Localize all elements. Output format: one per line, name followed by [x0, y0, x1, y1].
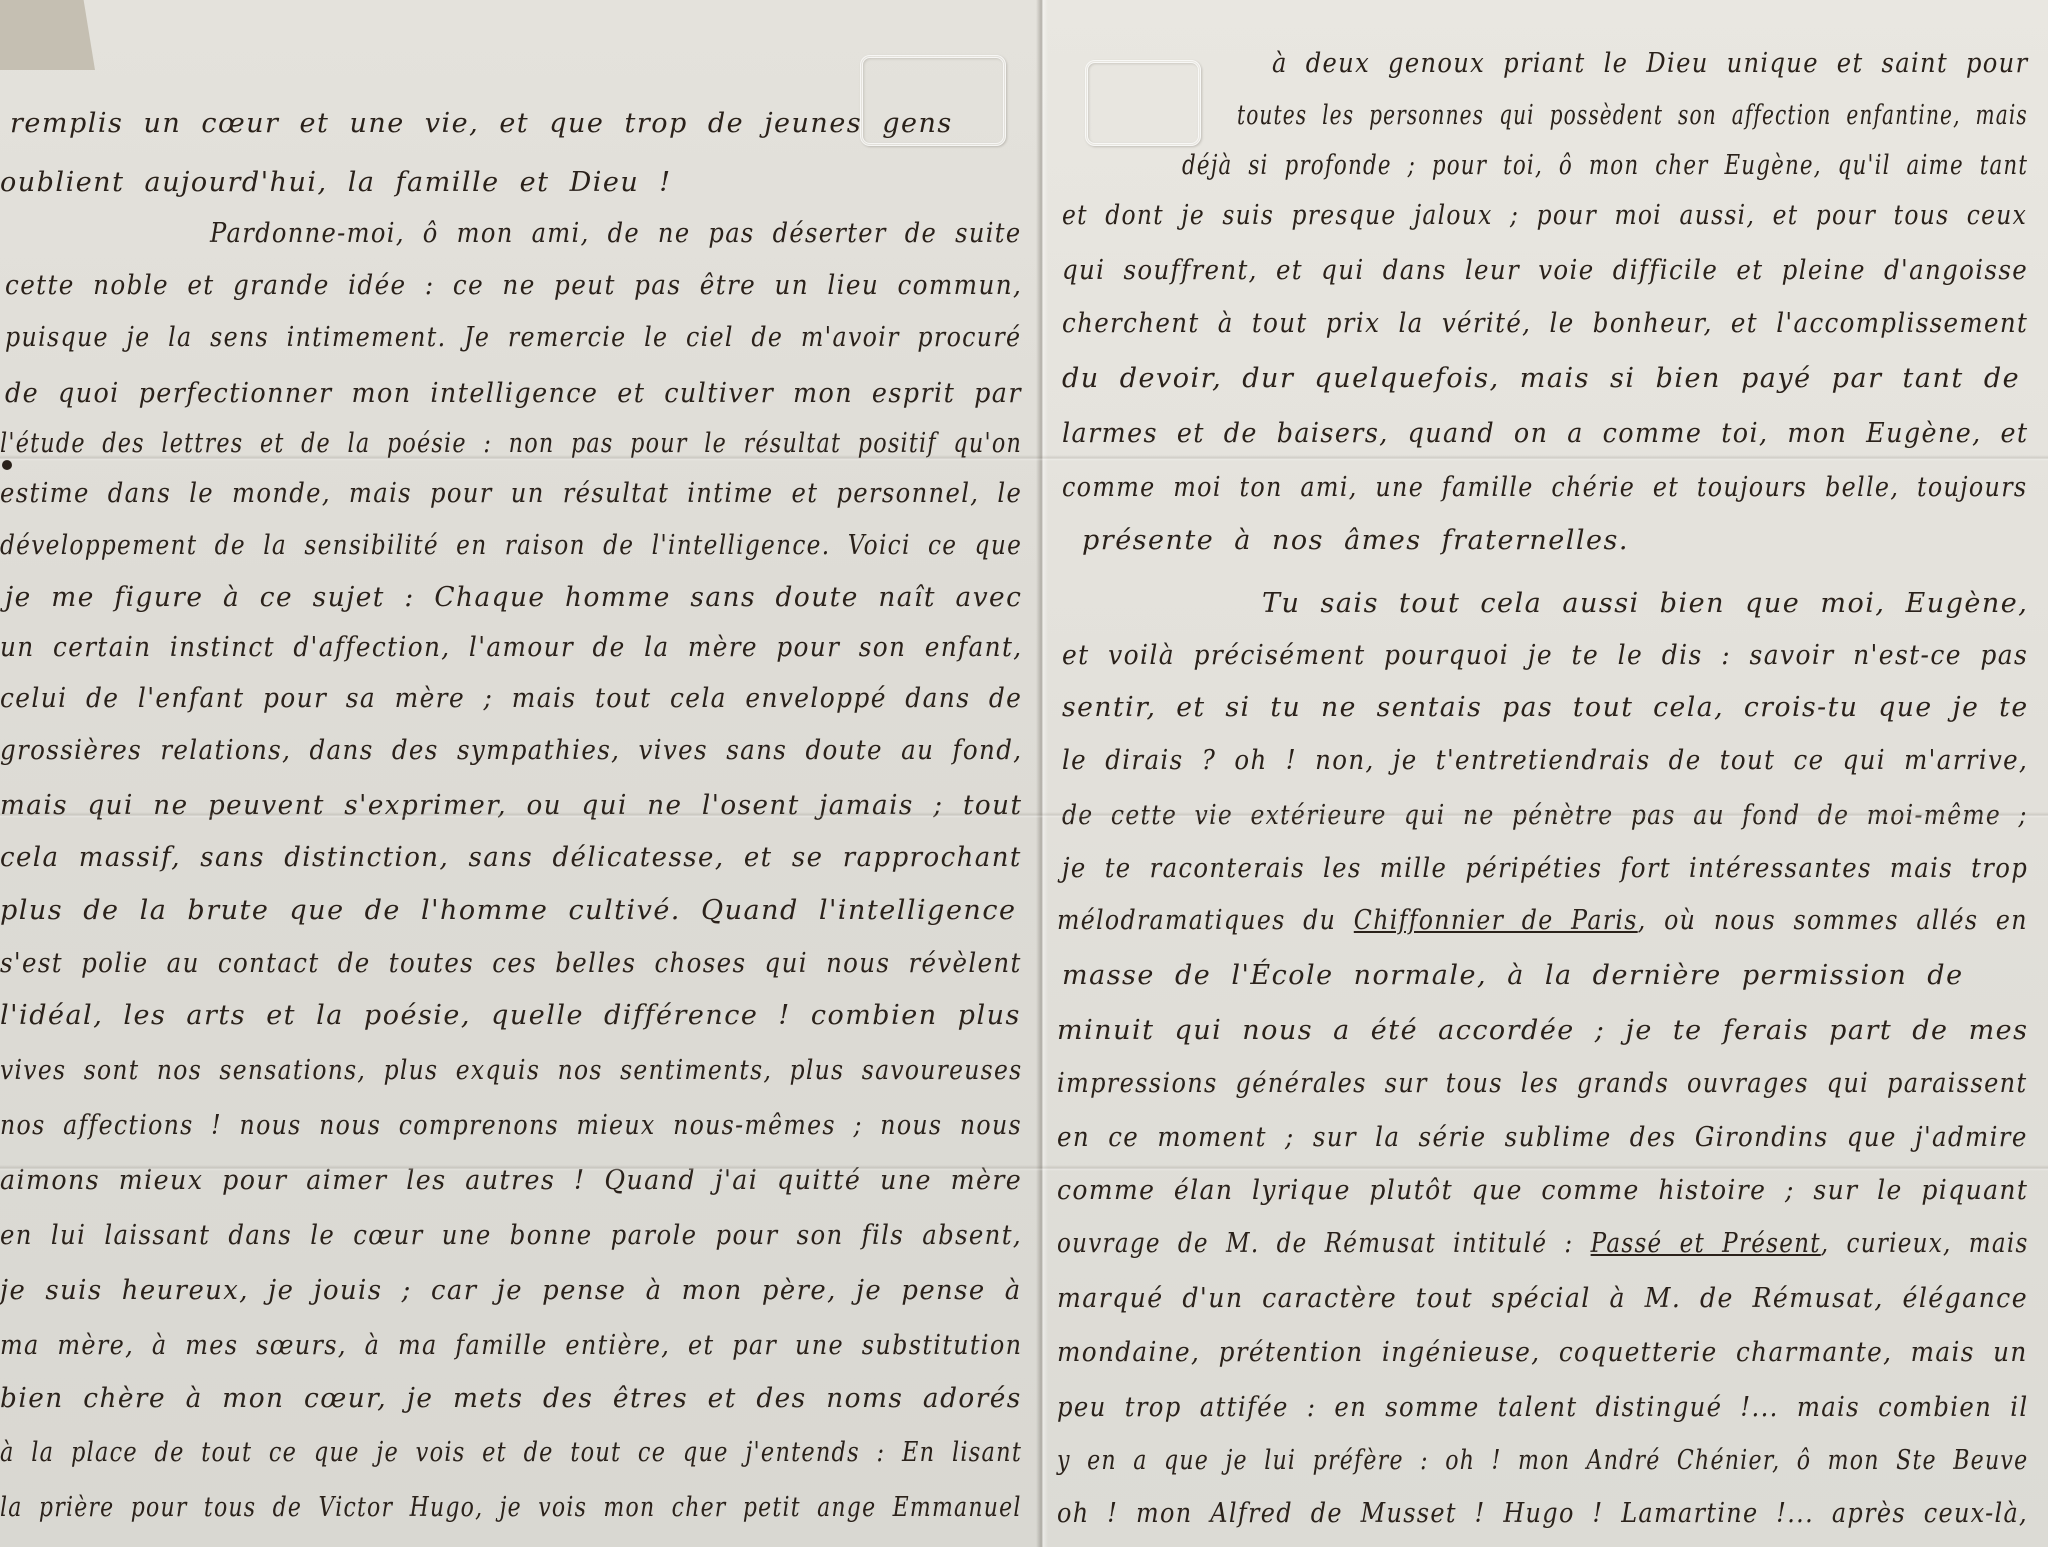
text-line: en lui laissant dans le cœur une bonne p…	[0, 1220, 1022, 1251]
text-line: à deux genoux priant le Dieu unique et s…	[1272, 48, 2028, 79]
text-line: ouvrage de M. de Rémusat intitulé : Pass…	[1057, 1228, 2029, 1259]
text-line: toutes les personnes qui possèdent son a…	[1237, 100, 2028, 131]
right-page: à deux genoux priant le Dieu unique et s…	[1042, 0, 2048, 1547]
paper-crease	[0, 455, 2048, 461]
text-line: mélodramatiques du Chiffonnier de Paris,…	[1057, 905, 2028, 936]
text-line: bien chère à mon cœur, je mets des êtres…	[0, 1383, 1022, 1414]
text-line: Pardonne-moi, ô mon ami, de ne pas déser…	[210, 218, 1021, 249]
text-line: cette noble et grande idée : ce ne peut …	[5, 270, 1022, 301]
text-line: marqué d'un caractère tout spécial à M. …	[1057, 1283, 2028, 1314]
text-line: à la place de tout ce que je vois et de …	[0, 1437, 1022, 1468]
text-line: larmes et de baisers, quand on a comme t…	[1062, 418, 2029, 449]
text-line: présente à nos âmes fraternelles.	[1082, 525, 1629, 556]
text-line: comme élan lyrique plutôt que comme hist…	[1057, 1175, 2028, 1206]
text-line: et voilà précisément pourquoi je te le d…	[1062, 640, 2028, 671]
text-line: un certain instinct d'affection, l'amour…	[0, 632, 1023, 663]
left-page: remplis un cœur et une vie, et que trop …	[0, 0, 1042, 1547]
paper-crease	[0, 1165, 2048, 1171]
text-line: nos affections ! nous nous comprenons mi…	[0, 1110, 1022, 1141]
text-line: y en a que je lui préfère : oh ! mon And…	[1057, 1445, 2028, 1476]
text-line: s'est polie au contact de toutes ces bel…	[0, 948, 1022, 979]
page-fold	[1036, 0, 1048, 1547]
text-line: comme moi ton ami, une famille chérie et…	[1062, 472, 2027, 503]
text-line: qui souffrent, et qui dans leur voie dif…	[1062, 255, 2028, 286]
text-line: plus de la brute que de l'homme cultivé.…	[0, 895, 1016, 926]
text-line: peu trop attifée : en somme talent disti…	[1057, 1392, 2028, 1423]
text-line: l'idéal, les arts et la poésie, quelle d…	[0, 1000, 1021, 1031]
text-line: masse de l'École normale, à la dernière …	[1062, 960, 1964, 991]
text-line: et dont je suis presque jaloux ; pour mo…	[1062, 200, 2027, 231]
text-line: du devoir, dur quelquefois, mais si bien…	[1062, 363, 2020, 394]
text-line: oh ! mon Alfred de Musset ! Hugo ! Lamar…	[1057, 1498, 2028, 1529]
text-line: déjà si profonde ; pour toi, ô mon cher …	[1182, 150, 2028, 181]
text-line: mondaine, prétention ingénieuse, coquett…	[1057, 1337, 2028, 1368]
text-line: en ce moment ; sur la série sublime des …	[1057, 1122, 2028, 1153]
text-line: grossières relations, dans des sympathie…	[0, 735, 1022, 766]
text-line: sentir, et si tu ne sentais pas tout cel…	[1062, 692, 2029, 723]
paper-crease	[0, 812, 2048, 818]
text-line: cela massif, sans distinction, sans déli…	[0, 842, 1022, 873]
text-line: développement de la sensibilité en raiso…	[0, 530, 1022, 561]
text-line: je me figure à ce sujet : Chaque homme s…	[5, 582, 1022, 613]
text-line: estime dans le monde, mais pour un résul…	[0, 478, 1022, 509]
text-line: oublient aujourd'hui, la famille et Dieu…	[0, 167, 672, 198]
text-line: cherchent à tout prix la vérité, le bonh…	[1062, 308, 2028, 339]
text-line: minuit qui nous a été accordée ; je te f…	[1057, 1015, 2028, 1046]
text-line: vives sont nos sensations, plus exquis n…	[0, 1055, 1022, 1086]
text-line: je te raconterais les mille péripéties f…	[1062, 853, 2028, 884]
text-line: ma mère, à mes sœurs, à ma famille entiè…	[0, 1330, 1022, 1361]
ink-blot	[2, 460, 12, 470]
text-line: je suis heureux, je jouis ; car je pense…	[0, 1275, 1022, 1306]
text-line: celui de l'enfant pour sa mère ; mais to…	[0, 683, 1022, 714]
embossed-stamp	[1085, 60, 1201, 146]
letter-spread: remplis un cœur et une vie, et que trop …	[0, 0, 2048, 1547]
text-line: le dirais ? oh ! non, je t'entretiendrai…	[1062, 745, 2028, 776]
text-line: impressions générales sur tous les grand…	[1057, 1068, 2027, 1099]
text-line: puisque je la sens intimement. Je remerc…	[5, 322, 1021, 353]
text-line: de quoi perfectionner mon intelligence e…	[5, 378, 1022, 409]
corner-paper-tab	[0, 0, 95, 70]
text-line: la prière pour tous de Victor Hugo, je v…	[0, 1492, 1022, 1523]
text-line: remplis un cœur et une vie, et que trop …	[10, 108, 953, 139]
text-line: Tu sais tout cela aussi bien que moi, Eu…	[1262, 588, 2028, 619]
